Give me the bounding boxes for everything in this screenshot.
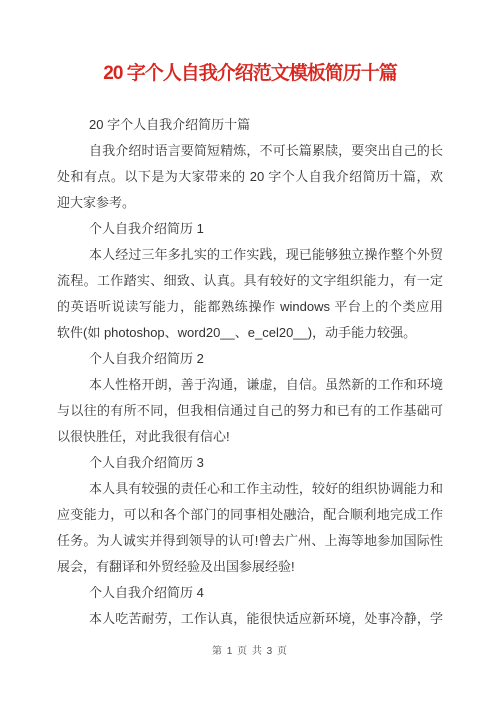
body-line: 展会，有翻译和外贸经验及出国参展经验! [57,554,443,580]
body-line: 应变能力，可以和各个部门的同事相处融洽，配合顺利地完成工作 [57,502,443,528]
body-line: 本人吃苦耐劳，工作认真，能很快适应新环境，处事冷静，学 [57,606,443,632]
body-line: 任务。为人诚实并得到领导的认可!曾去广州、上海等地参加国际性 [57,528,443,554]
body-line: 20 字个人自我介绍简历十篇 [57,112,443,138]
body-line: 迎大家参考。 [57,190,443,216]
document-title: 20 字个人自我介绍范文模板简历十篇 [0,60,500,88]
body-line: 本人具有较强的责任心和工作主动性，较好的组织协调能力和 [57,476,443,502]
document-body: 20 字个人自我介绍简历十篇自我介绍时语言要简短精炼，不可长篇累牍，要突出自己的… [57,112,443,632]
body-line: 以很快胜任，对此我很有信心! [57,424,443,450]
body-line: 个人自我介绍简历 1 [57,216,443,242]
body-line: 自我介绍时语言要简短精炼，不可长篇累牍，要突出自己的长 [57,138,443,164]
body-line: 的英语听说读写能力，能都熟练操作 windows 平台上的个类应用 [57,294,443,320]
body-line: 软件(如 photoshop、word20__、e_cel20__)，动手能力较… [57,320,443,346]
body-line: 个人自我介绍简历 3 [57,450,443,476]
body-line: 本人经过三年多扎实的工作实践，现已能够独立操作整个外贸 [57,242,443,268]
body-line: 个人自我介绍简历 2 [57,346,443,372]
body-line: 本人性格开朗，善于沟通，谦虚，自信。虽然新的工作和环境 [57,372,443,398]
body-line: 个人自我介绍简历 4 [57,580,443,606]
body-line: 流程。工作踏实、细致、认真。具有较好的文字组织能力，有一定 [57,268,443,294]
body-line: 与以往的有所不同，但我相信通过自己的努力和已有的工作基础可 [57,398,443,424]
document-page: 20 字个人自我介绍范文模板简历十篇 20 字个人自我介绍简历十篇自我介绍时语言… [0,0,500,707]
page-number-footer: 第 1 页 共 3 页 [0,642,500,657]
body-line: 处和有点。以下是为大家带来的 20 字个人自我介绍简历十篇，欢 [57,164,443,190]
